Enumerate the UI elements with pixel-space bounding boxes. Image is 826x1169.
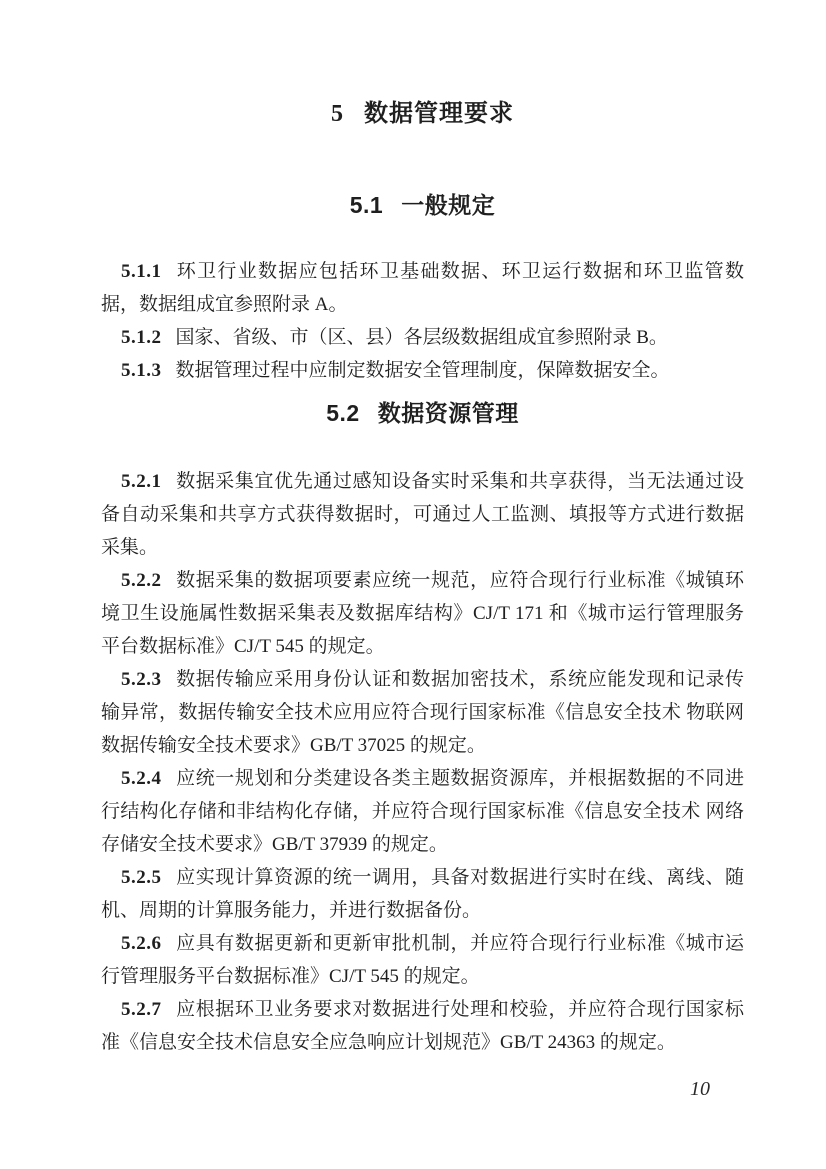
clause-5-2-1: 5.2.1数据采集宜优先通过感知设备实时采集和共享获得，当无法通过设备自动采集和… [101,465,744,564]
clause-text: 数据管理过程中应制定数据安全管理制度，保障数据安全。 [176,360,670,381]
clause-number: 5.1.1 [121,261,162,282]
clause-5-2-4: 5.2.4应统一规划和分类建设各类主题数据资源库，并根据数据的不同进行结构化存储… [101,762,744,861]
clause-5-2-7: 5.2.7应根据环卫业务要求对数据进行处理和校验，并应符合现行国家标准《信息安全… [101,993,744,1059]
clause-5-1-2: 5.1.2国家、省级、市（区、县）各层级数据组成宜参照附录 B。 [101,321,744,354]
section-title: 一般规定 [401,192,495,218]
clause-number: 5.2.2 [121,570,162,591]
clause-number: 5.1.2 [121,327,162,348]
clause-text: 数据采集宜优先通过感知设备实时采集和共享获得，当无法通过设备自动采集和共享方式获… [101,471,744,558]
clause-text: 环卫行业数据应包括环卫基础数据、环卫运行数据和环卫监管数据，数据组成宜参照附录 … [101,261,744,315]
chapter-title: 数据管理要求 [364,100,514,127]
clause-5-1-3: 5.1.3数据管理过程中应制定数据安全管理制度，保障数据安全。 [101,354,744,387]
section-number: 5.1 [350,192,383,218]
clause-number: 5.1.3 [121,360,162,381]
clause-text: 数据采集的数据项要素应统一规范，应符合现行行业标准《城镇环境卫生设施属性数据采集… [101,570,744,657]
clause-text: 应根据环卫业务要求对数据进行处理和校验，并应符合现行国家标准《信息安全技术信息安… [101,999,744,1053]
section-number: 5.2 [326,400,359,426]
clause-number: 5.2.6 [121,933,162,954]
document-page: 5数据管理要求 5.1一般规定 5.1.1环卫行业数据应包括环卫基础数据、环卫运… [0,0,826,1169]
clause-5-2-2: 5.2.2数据采集的数据项要素应统一规范，应符合现行行业标准《城镇环境卫生设施属… [101,564,744,663]
clause-text: 应实现计算资源的统一调用，具备对数据进行实时在线、离线、随机、周期的计算服务能力… [101,867,744,921]
chapter-number: 5 [331,101,344,127]
clause-text: 国家、省级、市（区、县）各层级数据组成宜参照附录 B。 [176,327,668,348]
clause-text: 数据传输应采用身份认证和数据加密技术，系统应能发现和记录传输异常，数据传输安全技… [101,669,744,756]
clause-5-2-3: 5.2.3数据传输应采用身份认证和数据加密技术，系统应能发现和记录传输异常，数据… [101,663,744,762]
section-heading-5-2: 5.2数据资源管理 [101,397,744,430]
text-block: 5数据管理要求 5.1一般规定 5.1.1环卫行业数据应包括环卫基础数据、环卫运… [101,0,744,1059]
clause-number: 5.2.3 [121,669,162,690]
clause-number: 5.2.1 [121,471,162,492]
page-number: 10 [690,1078,710,1101]
clause-5-2-6: 5.2.6应具有数据更新和更新审批机制，并应符合现行行业标准《城市运行管理服务平… [101,927,744,993]
clause-number: 5.2.4 [121,768,162,789]
clause-5-1-1: 5.1.1环卫行业数据应包括环卫基础数据、环卫运行数据和环卫监管数据，数据组成宜… [101,255,744,321]
clause-text: 应统一规划和分类建设各类主题数据资源库，并根据数据的不同进行结构化存储和非结构化… [101,768,744,855]
section-heading-5-1: 5.1一般规定 [101,189,744,222]
chapter-heading: 5数据管理要求 [101,97,744,131]
clause-5-2-5: 5.2.5应实现计算资源的统一调用，具备对数据进行实时在线、离线、随机、周期的计… [101,861,744,927]
clause-number: 5.2.7 [121,999,162,1020]
clause-text: 应具有数据更新和更新审批机制，并应符合现行行业标准《城市运行管理服务平台数据标准… [101,933,744,987]
clause-number: 5.2.5 [121,867,162,888]
section-title: 数据资源管理 [378,400,519,426]
